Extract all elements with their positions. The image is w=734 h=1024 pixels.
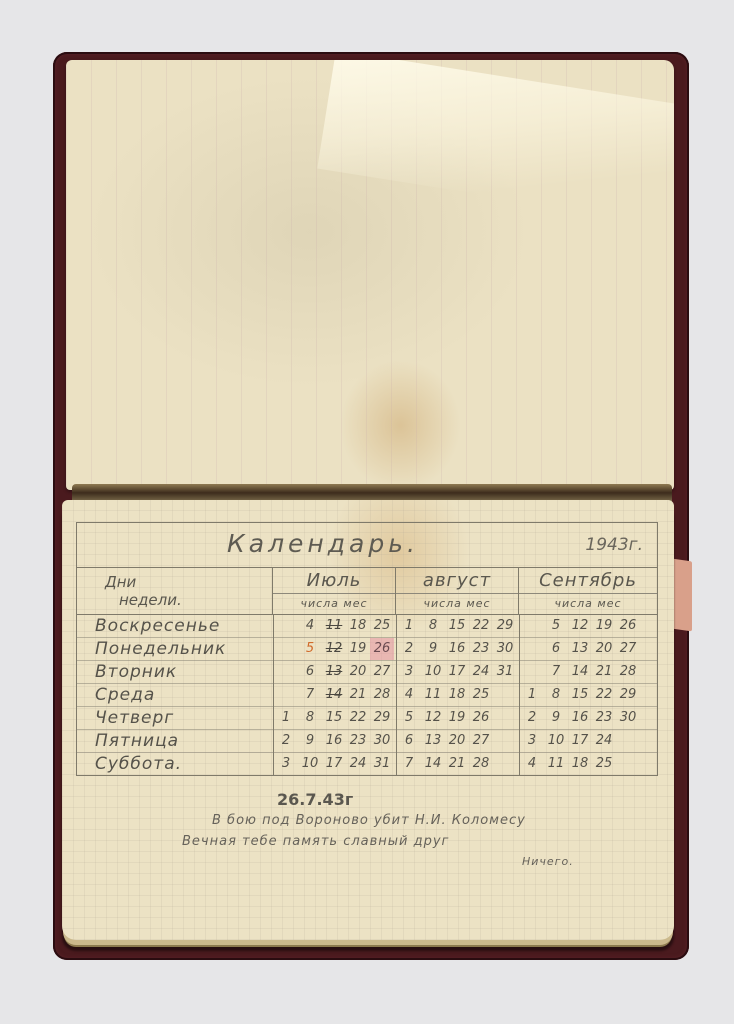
date-cell: 29 [493,615,517,637]
date-cell: 31 [370,753,394,775]
date-cell: 3 [397,661,421,683]
cover-page-tab [672,559,692,632]
date-row: 6 13 20 27 [274,661,396,684]
date-cell [616,730,640,752]
date-cell: 7 [544,661,568,683]
date-cell: 12 [421,707,445,729]
date-cell: 4 [298,615,322,637]
date-cell: 10 [421,661,445,683]
date-cell: 6 [298,661,322,683]
date-cell [493,684,517,706]
date-cell: 11 [421,684,445,706]
date-cell: 14 [568,661,592,683]
date-cell [520,638,544,660]
date-cell: 5 [544,615,568,637]
date-cell: 17 [322,753,346,775]
date-cell: 11 [544,753,568,775]
date-row: 7 14 21 28 [397,753,519,775]
date-row: 5 12 19 26 [397,707,519,730]
date-cell: 5 [397,707,421,729]
weekday-monday: Понедельник [77,638,273,661]
date-cell: 28 [469,753,493,775]
calendar-title-row: Календарь. 1943г. [77,523,657,568]
date-cell: 10 [544,730,568,752]
date-cell-crossed: 13 [322,661,346,683]
days-header-line2: недели. [105,591,272,609]
calendar-year: 1943г. [585,535,643,555]
date-cell: 25 [370,615,394,637]
calendar-page: Календарь. 1943г. Дни недели. Июль числа… [62,500,674,940]
date-row: 3 10 17 24 [520,730,657,753]
date-cell [274,684,298,706]
date-cell: 18 [346,615,370,637]
date-row: 3 10 17 24 31 [274,753,396,775]
calendar-title: Календарь. [227,529,419,558]
date-cell: 19 [346,638,370,660]
date-cell [274,661,298,683]
date-cell-red-cross: 5 [298,638,322,660]
weekday-sunday: Воскресенье [77,615,273,638]
date-cell: 14 [421,753,445,775]
date-cell: 8 [544,684,568,706]
date-cell: 30 [370,730,394,752]
date-cell: 9 [298,730,322,752]
date-cell: 16 [568,707,592,729]
date-cell: 25 [592,753,616,775]
date-cell [616,753,640,775]
date-row: 5 12 19 26 [274,638,396,661]
date-cell [274,615,298,637]
date-cell-highlighted: 26 [370,638,394,660]
date-row: 6 13 20 27 [397,730,519,753]
date-cell: 20 [592,638,616,660]
month-name: Сентябрь [519,568,657,594]
month-subheader: числа мес [273,594,395,614]
date-cell: 25 [469,684,493,706]
date-row: 2 9 16 23 30 [397,638,519,661]
date-cell: 20 [445,730,469,752]
date-cell: 18 [445,684,469,706]
date-cell: 27 [370,661,394,683]
calendar-header: Дни недели. Июль числа мес август числа … [77,568,657,615]
date-cell: 23 [592,707,616,729]
date-cell: 28 [370,684,394,706]
inscription-line-1: В бою под Вороново убит Н.И. Коломесу [212,813,652,828]
month-name: август [396,568,518,594]
date-cell: 24 [346,753,370,775]
weekday-column: Воскресенье Понедельник Вторник Среда Че… [77,615,274,775]
date-cell: 26 [469,707,493,729]
date-cell: 27 [616,638,640,660]
date-cell-crossed: 12 [322,638,346,660]
date-cell-crossed: 14 [322,684,346,706]
date-row: 3 10 17 24 31 [397,661,519,684]
date-cell: 15 [568,684,592,706]
date-cell: 4 [520,753,544,775]
date-cell: 13 [421,730,445,752]
date-cell: 1 [520,684,544,706]
date-row: 1 8 15 22 29 [397,615,519,638]
date-cell: 12 [568,615,592,637]
weekday-saturday: Суббота. [77,753,273,775]
date-cell: 4 [397,684,421,706]
weekday-friday: Пятница [77,730,273,753]
date-cell: 19 [445,707,469,729]
date-cell: 15 [445,615,469,637]
month-subheader: числа мес [396,594,518,614]
date-cell: 16 [445,638,469,660]
date-cell: 30 [493,638,517,660]
date-cell: 2 [520,707,544,729]
date-cell: 24 [469,661,493,683]
date-cell: 7 [397,753,421,775]
date-cell-crossed: 11 [322,615,346,637]
date-cell: 30 [616,707,640,729]
date-row: 2 9 16 23 30 [520,707,657,730]
date-cell: 29 [370,707,394,729]
date-cell [493,707,517,729]
date-cell: 27 [469,730,493,752]
date-cell: 22 [592,684,616,706]
weekday-wednesday: Среда [77,684,273,707]
date-row: 4 11 18 25 [397,684,519,707]
date-cell [493,730,517,752]
date-cell: 2 [274,730,298,752]
date-cell: 3 [274,753,298,775]
date-cell: 7 [298,684,322,706]
date-cell: 3 [520,730,544,752]
date-cell: 23 [469,638,493,660]
date-row: 1 8 15 22 29 [520,684,657,707]
month-header-july: Июль числа мес [273,568,396,614]
weekday-thursday: Четверг [77,707,273,730]
date-cell [274,638,298,660]
date-row: 7 14 21 28 [520,661,657,684]
handwritten-inscription: 26.7.43г В бою под Вороново убит Н.И. Ко… [182,790,652,868]
date-cell: 28 [616,661,640,683]
august-dates: 1 8 15 22 29 2 9 16 23 30 3 10 17 [397,615,520,775]
date-cell: 24 [592,730,616,752]
date-cell: 26 [616,615,640,637]
date-cell: 22 [346,707,370,729]
month-header-august: август числа мес [396,568,519,614]
month-header-september: Сентябрь числа мес [519,568,657,614]
days-header-line1: Дни [105,573,272,591]
date-cell: 23 [346,730,370,752]
date-cell: 17 [568,730,592,752]
date-cell [520,661,544,683]
date-cell: 29 [616,684,640,706]
date-cell: 6 [544,638,568,660]
top-page-blank [66,60,674,490]
date-cell: 15 [322,707,346,729]
date-row: 6 13 20 27 [520,638,657,661]
date-cell: 22 [469,615,493,637]
calendar-table: Календарь. 1943г. Дни недели. Июль числа… [76,522,658,776]
date-row: 2 9 16 23 30 [274,730,396,753]
date-cell: 21 [592,661,616,683]
date-cell: 21 [346,684,370,706]
date-cell: 16 [322,730,346,752]
date-cell: 2 [397,638,421,660]
date-cell [493,753,517,775]
date-cell: 9 [544,707,568,729]
inscription-line-2: Вечная тебе память славный друг [182,834,652,849]
date-cell: 18 [568,753,592,775]
date-cell: 10 [298,753,322,775]
date-cell [520,615,544,637]
july-dates: 4 11 18 25 5 12 19 26 6 13 20 27 [274,615,397,775]
date-cell: 1 [397,615,421,637]
date-cell: 19 [592,615,616,637]
weekday-tuesday: Вторник [77,661,273,684]
date-row: 5 12 19 26 [520,615,657,638]
inscription-date: 26.7.43г [277,790,652,809]
month-subheader: числа мес [519,594,657,614]
date-row: 4 11 18 25 [274,615,396,638]
inscription-signature: Ничего. [522,855,652,868]
date-cell: 31 [493,661,517,683]
date-cell: 8 [298,707,322,729]
september-dates: 5 12 19 26 6 13 20 27 7 14 21 28 [520,615,657,775]
date-cell: 13 [568,638,592,660]
date-cell: 9 [421,638,445,660]
date-cell: 8 [421,615,445,637]
date-cell: 20 [346,661,370,683]
date-cell: 17 [445,661,469,683]
calendar-body: Воскресенье Понедельник Вторник Среда Че… [77,615,657,775]
date-row: 7 14 21 28 [274,684,396,707]
date-row: 1 8 15 22 29 [274,707,396,730]
date-cell: 21 [445,753,469,775]
date-row: 4 11 18 25 [520,753,657,775]
month-name: Июль [273,568,395,594]
date-cell: 6 [397,730,421,752]
days-header: Дни недели. [77,568,273,614]
date-cell: 1 [274,707,298,729]
